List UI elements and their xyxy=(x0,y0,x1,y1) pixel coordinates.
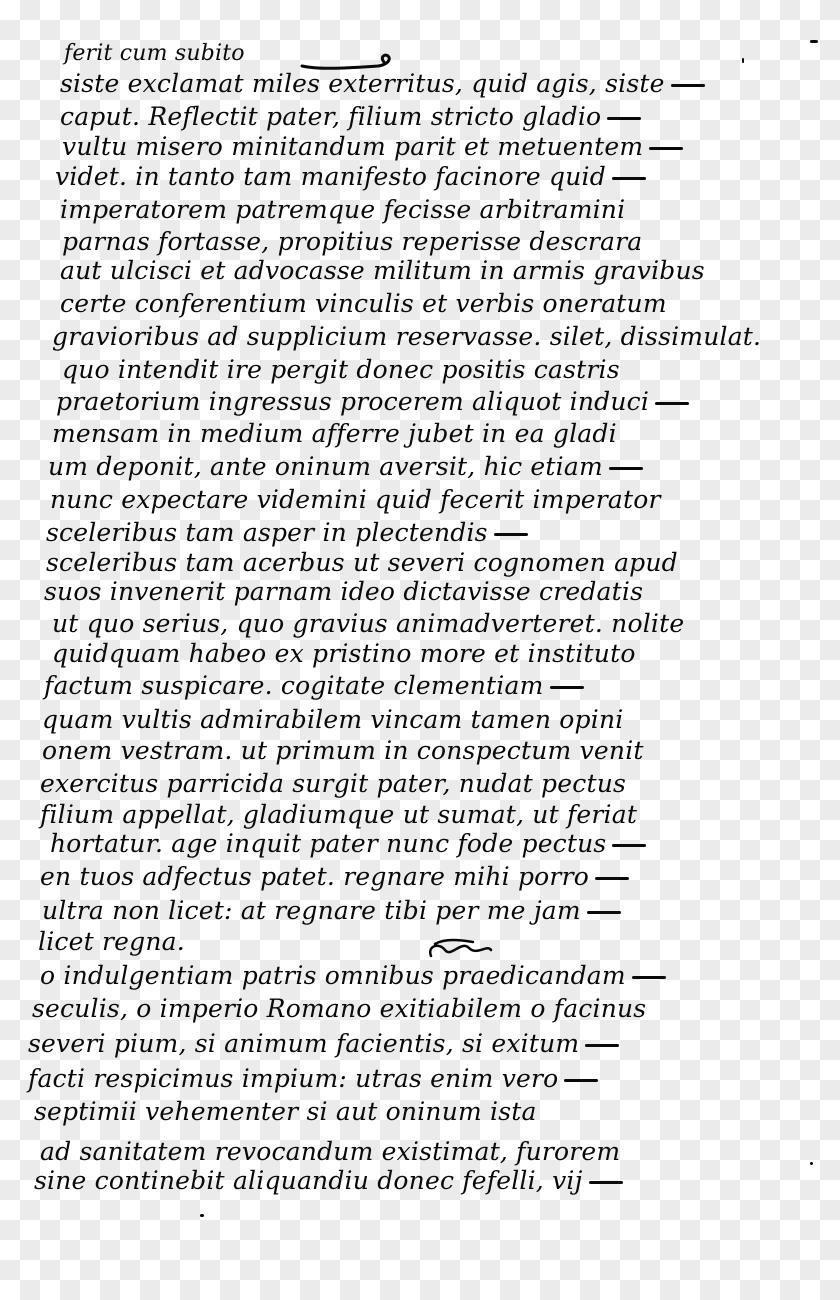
line-text: en tuos adfectus patet. regnare mihi por… xyxy=(40,862,589,891)
manuscript-line: sceleribus tam asper in plectendis xyxy=(46,519,806,547)
ink-speck xyxy=(810,1162,813,1165)
line-dash xyxy=(607,117,641,120)
manuscript-line: vultu misero minitandum parit et metuent… xyxy=(62,133,822,161)
manuscript-line: filium appellat, gladiumque ut sumat, ut… xyxy=(40,801,800,829)
manuscript-line: licet regna. xyxy=(38,928,798,956)
line-dash xyxy=(609,467,643,470)
line-text: um deponit, ante oninum aversit, hic eti… xyxy=(48,452,603,481)
line-dash xyxy=(671,84,705,87)
line-dash xyxy=(587,911,621,914)
line-text: o indulgentiam patris omnibus praedicand… xyxy=(40,961,626,990)
line-text: severi pium, si animum facientis, si exi… xyxy=(28,1029,579,1058)
line-dash xyxy=(612,844,646,847)
manuscript-line: mensam in medium afferre jubet in ea gla… xyxy=(52,420,812,448)
line-text: imperatorem patremque fecisse arbitramin… xyxy=(60,195,625,224)
line-dash xyxy=(595,877,629,880)
manuscript-line: exercitus parricida surgit pater, nudat … xyxy=(40,770,800,798)
section-break-flourish-icon xyxy=(425,936,495,962)
line-text: vultu misero minitandum parit et metuent… xyxy=(62,132,643,161)
line-text: seculis, o imperio Romano exitiabilem o … xyxy=(32,994,646,1023)
line-text: gravioribus ad supplicium reservasse. si… xyxy=(52,322,761,351)
manuscript-line: sceleribus tam acerbus ut severi cognome… xyxy=(46,549,806,577)
manuscript-line: facti respicimus impium: utras enim vero xyxy=(28,1065,788,1093)
manuscript-line: hortatur. age inquit pater nunc fode pec… xyxy=(50,830,810,858)
manuscript-line: ferit cum subito xyxy=(64,40,824,68)
manuscript-line: imperatorem patremque fecisse arbitramin… xyxy=(60,196,820,224)
manuscript-line: videt. in tanto tam manifesto facinore q… xyxy=(55,163,815,191)
manuscript-line: praetorium ingressus procerem aliquot in… xyxy=(56,388,816,416)
manuscript-line: onem vestram. ut primum in conspectum ve… xyxy=(42,737,802,765)
manuscript-line: suos invenerit parnam ideo dictavisse cr… xyxy=(44,578,804,606)
line-text: mensam in medium afferre jubet in ea gla… xyxy=(52,419,617,448)
manuscript-line: ultra non licet: at regnare tibi per me … xyxy=(42,897,802,925)
manuscript-line: siste exclamat miles exterritus, quid ag… xyxy=(60,70,820,98)
line-text: hortatur. age inquit pater nunc fode pec… xyxy=(50,829,606,858)
line-text: quam vultis admirabilem vincam tamen opi… xyxy=(42,705,623,734)
manuscript-page: ferit cum subito siste exclamat miles ex… xyxy=(0,0,840,1300)
manuscript-line: um deponit, ante oninum aversit, hic eti… xyxy=(48,453,808,481)
line-text: quo intendit ire pergit donec positis ca… xyxy=(62,355,620,384)
line-text: praetorium ingressus procerem aliquot in… xyxy=(56,387,649,416)
line-text: ad sanitatem revocandum existimat, furor… xyxy=(40,1137,620,1166)
line-text: caput. Reflectit pater, filium stricto g… xyxy=(60,102,601,131)
manuscript-line: quidquam habeo ex pristino more et insti… xyxy=(52,640,812,668)
line-dash xyxy=(632,976,666,979)
line-text: sceleribus tam acerbus ut severi cognome… xyxy=(46,548,678,577)
manuscript-line: ad sanitatem revocandum existimat, furor… xyxy=(40,1138,800,1166)
manuscript-line: septimii vehementer si aut oninum ista xyxy=(34,1098,794,1126)
manuscript-line: severi pium, si animum facientis, si exi… xyxy=(28,1030,788,1058)
line-text: licet regna. xyxy=(38,927,185,956)
manuscript-line: quam vultis admirabilem vincam tamen opi… xyxy=(42,706,802,734)
line-dash xyxy=(649,147,683,150)
line-dash xyxy=(655,402,689,405)
line-text: nunc expectare videmini quid fecerit imp… xyxy=(50,485,661,514)
line-text: suos invenerit parnam ideo dictavisse cr… xyxy=(44,577,643,606)
ink-speck xyxy=(742,58,744,63)
line-text: exercitus parricida surgit pater, nudat … xyxy=(40,769,626,798)
line-text: septimii vehementer si aut oninum ista xyxy=(34,1097,537,1126)
ink-speck xyxy=(810,40,818,43)
manuscript-line: gravioribus ad supplicium reservasse. si… xyxy=(52,323,812,351)
line-text: facti respicimus impium: utras enim vero xyxy=(28,1064,558,1093)
line-text: sine continebit aliquandiu donec fefelli… xyxy=(34,1166,583,1195)
line-text: siste exclamat miles exterritus, quid ag… xyxy=(60,69,665,98)
manuscript-line: aut ulcisci et advocasse militum in armi… xyxy=(60,257,820,285)
line-dash xyxy=(612,177,646,180)
line-dash xyxy=(564,1079,598,1082)
manuscript-line: en tuos adfectus patet. regnare mihi por… xyxy=(40,863,800,891)
manuscript-line: seculis, o imperio Romano exitiabilem o … xyxy=(32,995,792,1023)
line-dash xyxy=(494,533,528,536)
manuscript-line: ut quo serius, quo gravius animadvertere… xyxy=(52,610,812,638)
manuscript-line: certe conferentium vinculis et verbis on… xyxy=(60,290,820,318)
line-text: ferit cum subito xyxy=(64,41,245,66)
line-dash xyxy=(585,1044,619,1047)
manuscript-line: o indulgentiam patris omnibus praedicand… xyxy=(40,962,800,990)
manuscript-line: quo intendit ire pergit donec positis ca… xyxy=(62,356,822,384)
line-text: certe conferentium vinculis et verbis on… xyxy=(60,289,667,318)
line-text: videt. in tanto tam manifesto facinore q… xyxy=(55,162,606,191)
line-text: onem vestram. ut primum in conspectum ve… xyxy=(42,736,644,765)
line-text: ultra non licet: at regnare tibi per me … xyxy=(42,896,581,925)
manuscript-line: sine continebit aliquandiu donec fefelli… xyxy=(34,1167,794,1195)
line-text: ut quo serius, quo gravius animadvertere… xyxy=(52,609,684,638)
line-text: quidquam habeo ex pristino more et insti… xyxy=(52,639,636,668)
manuscript-line: caput. Reflectit pater, filium stricto g… xyxy=(60,103,820,131)
line-text: filium appellat, gladiumque ut sumat, ut… xyxy=(40,800,637,829)
line-text: parnas fortasse, propitius reperisse des… xyxy=(62,227,642,256)
line-dash xyxy=(589,1181,623,1184)
manuscript-line: nunc expectare videmini quid fecerit imp… xyxy=(50,486,810,514)
manuscript-line: parnas fortasse, propitius reperisse des… xyxy=(62,228,822,256)
line-text: factum suspicare. cogitate clementiam xyxy=(44,671,544,700)
line-text: sceleribus tam asper in plectendis xyxy=(46,518,488,547)
line-dash xyxy=(550,686,584,689)
manuscript-line: factum suspicare. cogitate clementiam xyxy=(44,672,804,700)
line-text: aut ulcisci et advocasse militum in armi… xyxy=(60,256,705,285)
ink-speck xyxy=(200,1214,204,1217)
